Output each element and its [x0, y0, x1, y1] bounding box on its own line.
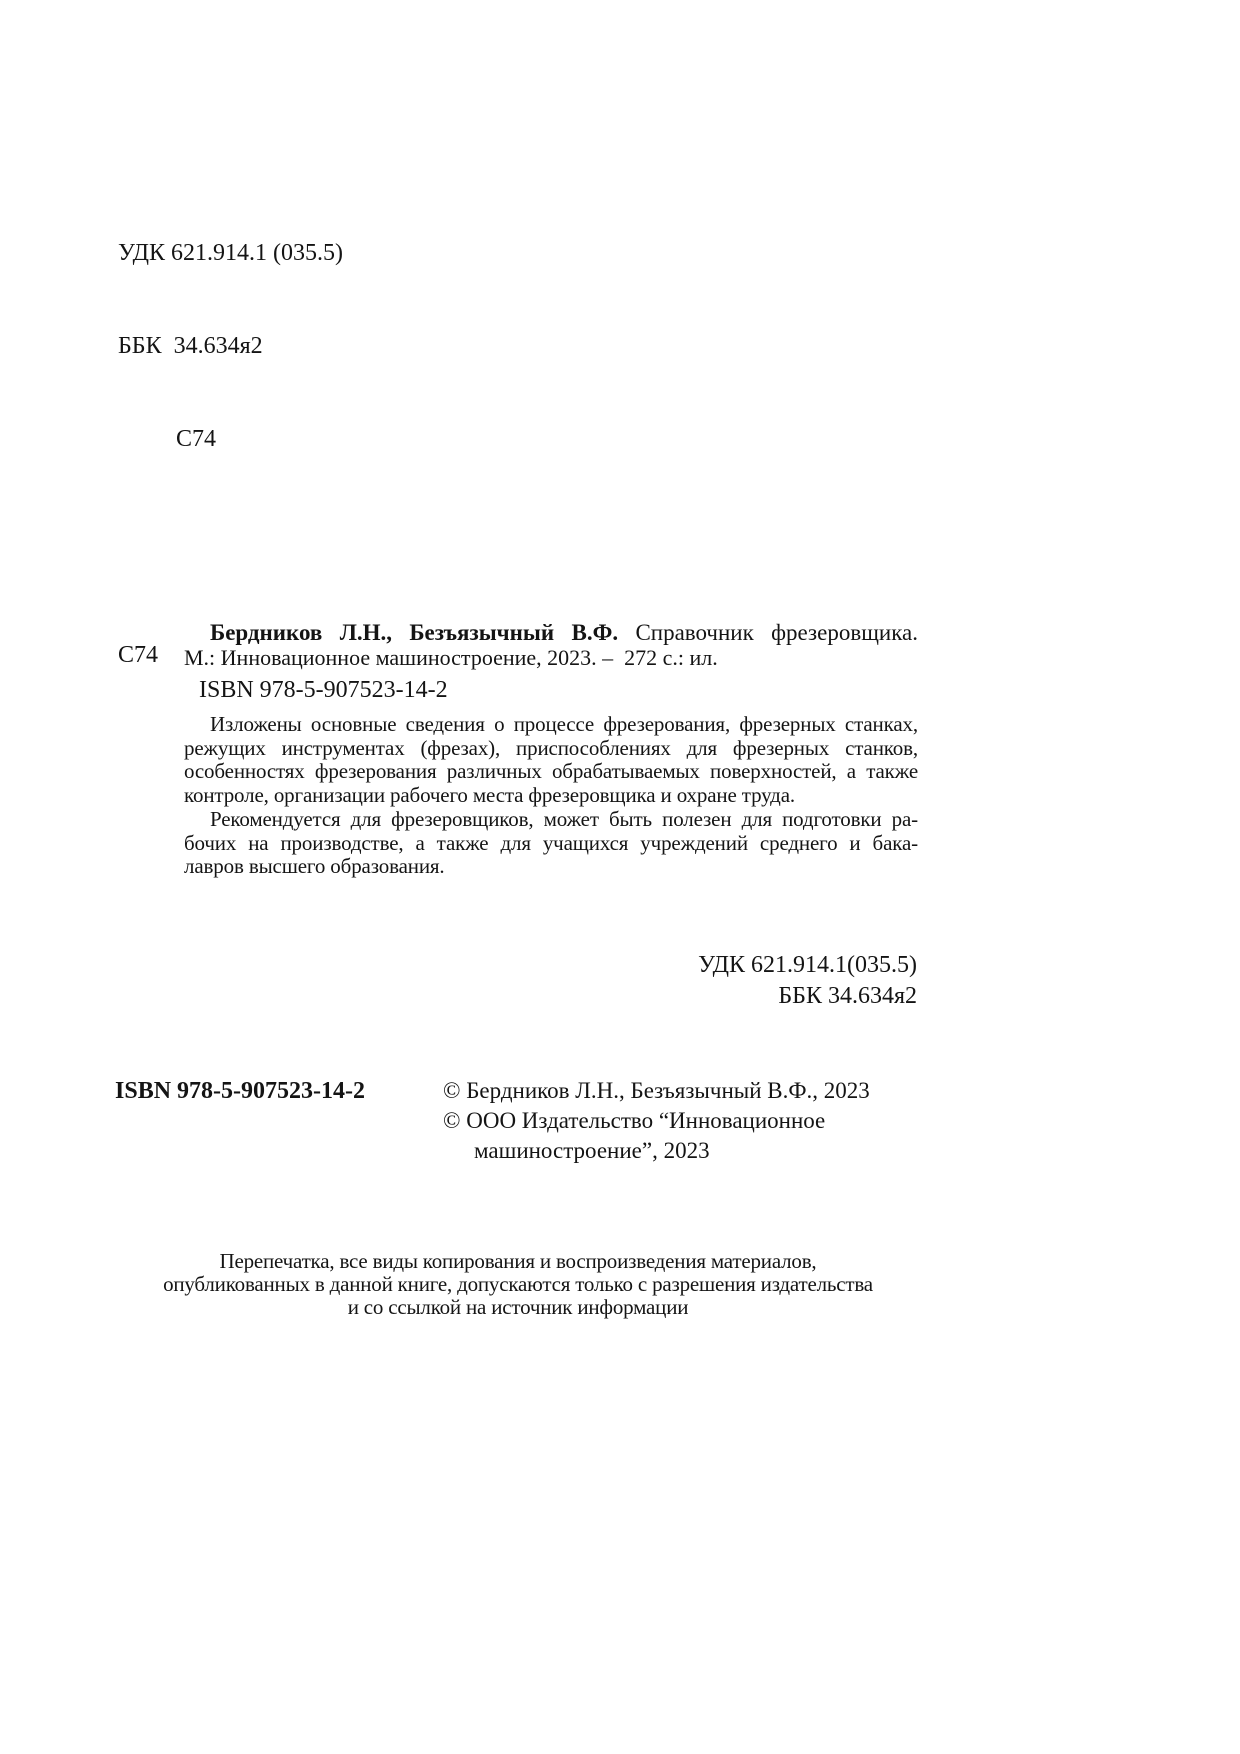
annotation-line: Изложены основные сведения о процессе фр…: [184, 713, 918, 737]
index-bbk: ББК 34.634я2: [698, 981, 917, 1012]
isbn-number: ISBN 978-5-907523-14-2: [115, 1076, 365, 1106]
classification-block: УДК 621.914.1 (035.5) ББК 34.634я2 С74: [118, 176, 343, 517]
copyright-holder-authors: © Бердников Л.Н., Безъязычный В.Ф., 2023: [443, 1076, 918, 1106]
copyright-holder-publisher: © ООО Издательство “Инновационное: [443, 1106, 918, 1136]
bbk-number: ББК 34.634я2: [118, 331, 343, 362]
author-sign: С74: [176, 424, 343, 455]
card-heading: Бердников Л.Н., Безъязычный В.Ф. Справоч…: [184, 620, 918, 645]
reprint-notice-line: опубликованных в данной книге, допускают…: [118, 1273, 918, 1296]
card-isbn: ISBN 978-5-907523-14-2: [199, 676, 918, 704]
annotation-line: Рекомендуется для фрезеровщиков, может б…: [184, 808, 918, 832]
catalog-card: С74 Бердников Л.Н., Безъязычный В.Ф. Спр…: [118, 620, 918, 879]
copyright-holder-publisher-cont: машиностроение”, 2023: [474, 1136, 918, 1166]
card-annotation: Изложены основные сведения о процессе фр…: [184, 713, 918, 879]
copyright-holders: © Бердников Л.Н., Безъязычный В.Ф., 2023…: [443, 1076, 918, 1166]
copyright-block: ISBN 978-5-907523-14-2 © Бердников Л.Н.,…: [115, 1076, 918, 1166]
imprint-page: УДК 621.914.1 (035.5) ББК 34.634я2 С74 С…: [0, 0, 1240, 1754]
annotation-line: лавров высшего образования.: [184, 855, 918, 879]
index-block: УДК 621.914.1(035.5) ББК 34.634я2: [698, 950, 917, 1012]
annotation-line: режущих инструментах (фрезах), приспособ…: [184, 737, 918, 761]
annotation-line: бочих на производстве, а также для учащи…: [184, 832, 918, 856]
annotation-line: контроле, организации рабочего места фре…: [184, 784, 918, 808]
reprint-notice-line: Перепечатка, все виды копирования и восп…: [118, 1250, 918, 1273]
reprint-notice: Перепечатка, все виды копирования и восп…: [118, 1250, 918, 1319]
card-authors: Бердников Л.Н., Безъязычный В.Ф.: [210, 620, 618, 645]
card-title: Справочник фрезеровщика.: [635, 620, 918, 645]
annotation-line: особенностях фрезерования различных обра…: [184, 760, 918, 784]
udk-number: УДК 621.914.1 (035.5): [118, 238, 343, 269]
index-udk: УДК 621.914.1(035.5): [698, 950, 917, 981]
card-body: Бердников Л.Н., Безъязычный В.Ф. Справоч…: [184, 620, 918, 879]
card-author-sign: С74: [118, 643, 158, 668]
card-imprint: М.: Инновационное машиностроение, 2023. …: [184, 645, 918, 670]
reprint-notice-line: и со ссылкой на источник информации: [118, 1296, 918, 1319]
